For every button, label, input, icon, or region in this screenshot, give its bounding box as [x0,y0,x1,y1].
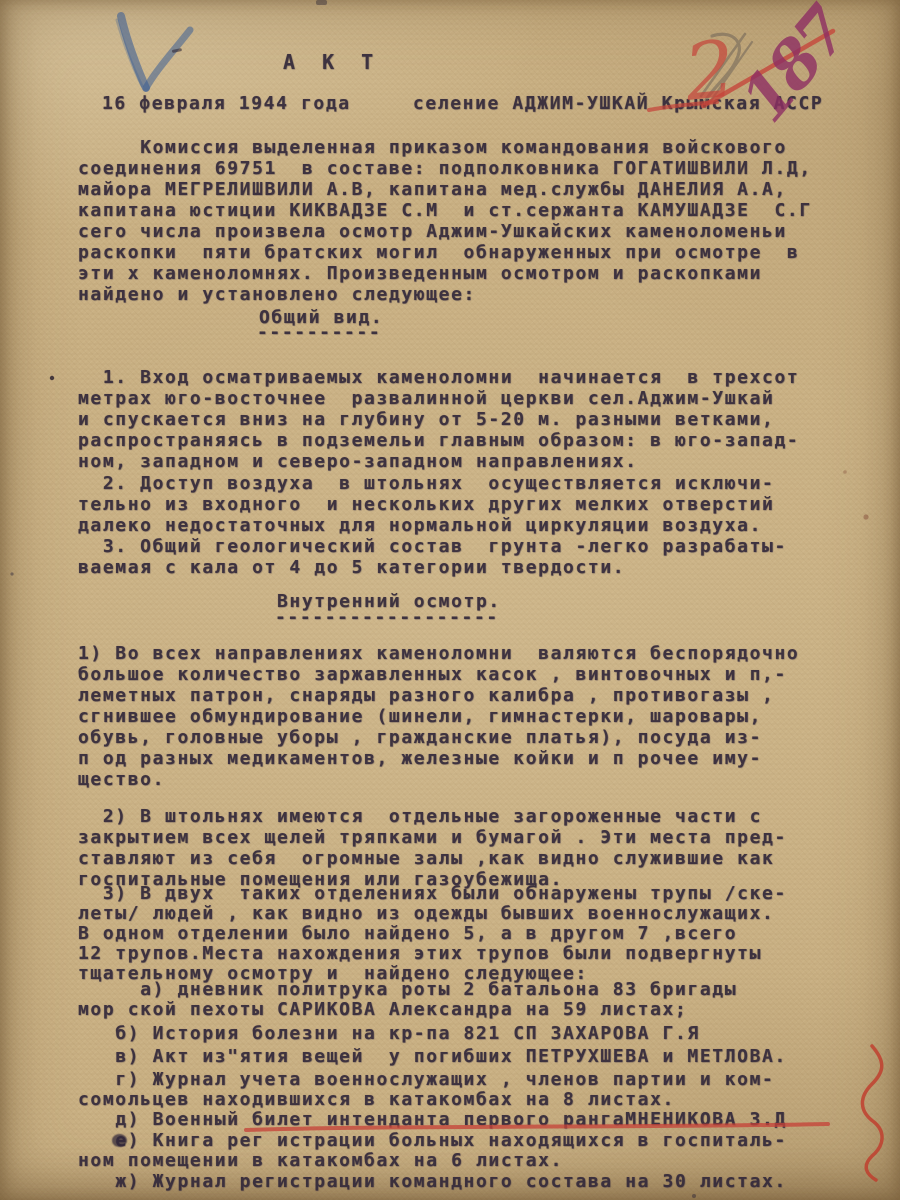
gray-pencil-scribble [701,34,752,102]
internal-item-3: 3) В двух таких отделениях были обнаруже… [78,884,787,984]
stray-mark [172,0,327,53]
general-paragraph-1: 1. Вход осматриваемых каменоломни начина… [78,367,799,472]
general-paragraph-2: 2. Доступ воздуха в штольнях осуществляе… [78,473,774,536]
blue-checkmark-annotation [117,16,190,88]
finding-g: г) Журнал учета военнослужащих , членов … [78,1070,774,1110]
dateline: 16 февраля 1944 года селение АДЖИМ-УШКАЙ… [102,93,823,114]
general-paragraph-3: 3. Общий геологический состав грунта -ле… [78,536,787,578]
finding-b: б) История болезни на кр-па 821 СП ЗАХАР… [78,1024,700,1044]
ink-blot [112,1134,127,1147]
finding-zh: ж) Журнал регистрации командного состава… [78,1172,787,1192]
document-page: А К Т 16 февраля 1944 года селение АДЖИМ… [0,0,900,1200]
archive-number-handwritten: 187 [727,0,865,136]
red-wavy-margin-mark [862,1046,882,1180]
finding-d: д) Военный билет интенданта первого ранг… [78,1110,787,1130]
finding-e: е) Книга рег истрации больных находящихс… [78,1131,787,1171]
finding-a: а) дневник политрука роты 2 батальона 83… [78,980,737,1020]
intro-paragraph: Комиссия выделенная приказом командовани… [78,137,812,305]
internal-item-1: 1) Во всех направлениях каменоломни валя… [78,643,799,790]
heading-underline-typed: ---------- [257,322,381,343]
heading-underline-typed: ------------------ [275,607,499,628]
internal-item-2: 2) В штольнях имеются отдельные загороже… [78,806,787,890]
finding-v: в) Акт из"ятия вещей у погибших ПЕТРУХШЕ… [78,1047,787,1067]
document-title: А К Т [283,52,381,73]
